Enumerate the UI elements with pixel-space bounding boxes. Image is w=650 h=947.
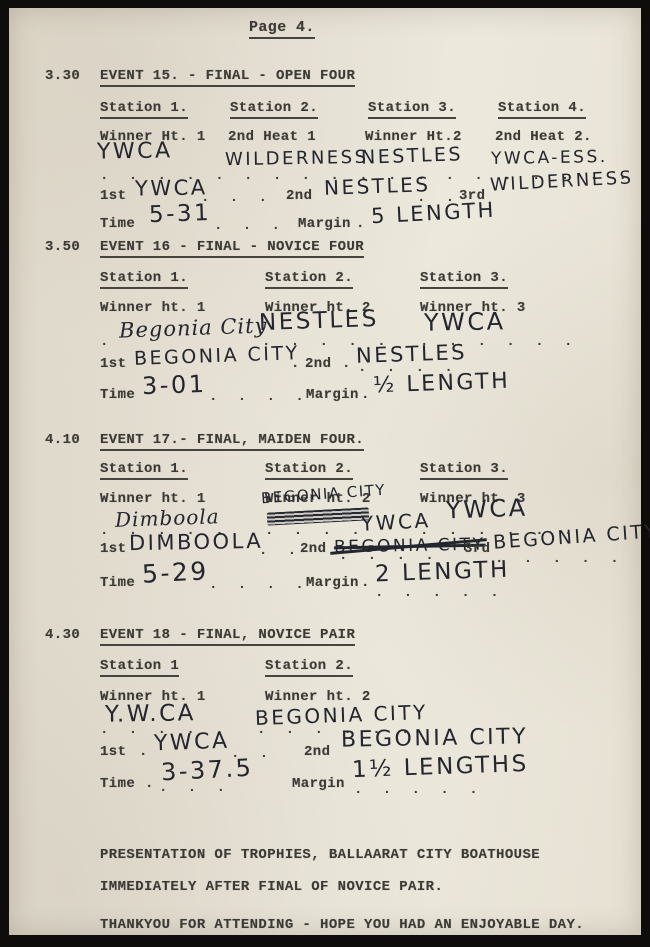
event16-station-3: Station 3.: [420, 270, 508, 289]
event15-winner-station1-handwriting: YWCA: [97, 138, 173, 164]
event18-start-time: 4.30: [45, 627, 80, 643]
event17-time-value: 5-29: [141, 556, 209, 588]
event15-time-value: 5-31: [149, 200, 212, 228]
event15-heat-label-2: 2nd Heat 1: [228, 129, 316, 145]
dotted-line: . . . . . . . . . . . . . . . . . . . . …: [159, 780, 244, 796]
event16-margin-label: Margin: [306, 387, 359, 403]
event16-station-1: Station 1.: [100, 270, 188, 289]
typed-dot: .: [361, 387, 370, 403]
event17-1st-label: 1st: [100, 541, 126, 557]
event17-1st-value: DIMBOOLA: [129, 529, 264, 555]
event15-winner-station3-handwriting: NESTLES: [361, 143, 464, 169]
event17-margin-value: 2 LENGTH: [375, 557, 511, 588]
event18-margin-value: 1½ LENGTHS: [352, 751, 530, 783]
dotted-line: . . . . . . . . . . . . . . . . . . . . …: [209, 577, 301, 593]
event17-start-time: 4.10: [45, 432, 80, 448]
event18-winner-station1-handwriting: Y.W.CA: [105, 700, 196, 728]
event17-station-2: Station 2.: [265, 461, 353, 480]
event16-winner-station3-handwriting: YWCA: [424, 307, 506, 336]
typed-dot: .: [361, 575, 370, 591]
event16-time-label: Time: [100, 387, 135, 403]
event18-time-label: Time: [100, 776, 135, 792]
event15-heat-label-4: 2nd Heat 2.: [495, 129, 592, 145]
event15-winner-station4-handwriting: YWCA-ESS.: [491, 147, 608, 169]
page-title: Page 4.: [249, 19, 315, 39]
event16-2nd-label: 2nd: [305, 356, 331, 372]
event17-time-label: Time: [100, 575, 135, 591]
event16-winner-station2-handwriting: NESTLES: [259, 306, 380, 336]
event15-margin-label: Margin: [298, 216, 351, 232]
event16-1st-label: 1st: [100, 356, 126, 372]
event17-2nd-label: 2nd: [300, 541, 326, 557]
event18-station-1: Station 1: [100, 658, 179, 677]
event15-winner-station2-handwriting: WILDERNESS: [225, 147, 369, 171]
footer-presentation-line-1: PRESENTATION OF TROPHIES, BALLAARAT CITY…: [100, 847, 540, 863]
event18-1st-value: YWCA: [154, 729, 230, 757]
typed-dot: .: [145, 776, 154, 792]
event17-station-3: Station 3.: [420, 461, 508, 480]
event16-winner-station1-handwriting: Begonia City: [119, 313, 268, 342]
event16-station-2: Station 2.: [265, 270, 353, 289]
event15-1st-value: YWCA: [135, 175, 208, 200]
event18-margin-label: Margin: [292, 776, 345, 792]
event15-heat-label-3: Winner Ht.2: [365, 129, 462, 145]
event18-title: EVENT 18 - FINAL, NOVICE PAIR: [100, 627, 355, 646]
typed-dot: .: [342, 356, 351, 372]
event15-station-2: Station 2.: [230, 100, 318, 119]
event16-1st-value: BEGONIA CITY: [134, 342, 300, 370]
paper-sheet: Page 4. 3.30 EVENT 15. - FINAL - OPEN FO…: [9, 8, 641, 935]
dotted-line: . . . . . . . . . . . . . . . . . . . . …: [259, 543, 297, 559]
event15-1st-label: 1st: [100, 188, 126, 204]
event15-station-3: Station 3.: [368, 100, 456, 119]
event16-heat-label-1: Winner ht. 1: [100, 300, 206, 316]
dotted-line: . . . . . . . . . . . . . . . . . . . . …: [201, 190, 283, 206]
event15-2nd-value: NESTLES: [324, 172, 431, 200]
typed-dot: .: [139, 744, 148, 760]
event17-winner-station1-handwriting: Dimboola: [115, 504, 220, 532]
event17-title: EVENT 17.- FINAL, MAIDEN FOUR.: [100, 432, 364, 451]
event15-time-label: Time: [100, 216, 135, 232]
event17-winner-station3-handwriting: YWCA: [446, 494, 529, 525]
event18-2nd-value: BEGONIA CITY: [341, 724, 528, 752]
event18-station-2: Station 2.: [265, 658, 353, 677]
event17-margin-label: Margin: [306, 575, 359, 591]
event17-2nd-corrected-value: YWCA: [360, 508, 431, 536]
event16-margin-value: ½ LENGTH: [373, 369, 511, 399]
event15-station-4: Station 4.: [498, 100, 586, 119]
dotted-line: . . . . . . . . . . . . . . . . . . . . …: [375, 585, 515, 601]
event18-1st-label: 1st: [100, 744, 126, 760]
event15-title: EVENT 15. - FINAL - OPEN FOUR: [100, 68, 355, 87]
event16-time-value: 3-01: [142, 370, 207, 400]
dotted-line: . . . . . . . . . . . . . . . . . . . . …: [209, 389, 304, 405]
dotted-line: . . . . . . . . . . . . . . . . . . . . …: [354, 782, 494, 798]
dotted-line: . . . . . . . . . . . . . . . . . . . . …: [495, 551, 630, 567]
event15-2nd-label: 2nd: [286, 188, 312, 204]
dotted-line: . . . . . . . . . . . . . . . . . . . . …: [214, 218, 294, 234]
event15-start-time: 3.30: [45, 68, 80, 84]
footer-presentation-line-2: IMMEDIATELY AFTER FINAL OF NOVICE PAIR.: [100, 879, 443, 895]
event18-2nd-label: 2nd: [304, 744, 330, 760]
event17-3rd-label: 3rd: [464, 541, 490, 557]
event16-title: EVENT 16 - FINAL - NOVICE FOUR: [100, 239, 364, 258]
typed-dot: .: [356, 216, 365, 232]
dotted-line: . . . . . . . . . . . . . . . . . . . . …: [100, 334, 118, 350]
scanned-regatta-program-page: Page 4. 3.30 EVENT 15. - FINAL - OPEN FO…: [0, 0, 650, 947]
event17-station-1: Station 1.: [100, 461, 188, 480]
event16-start-time: 3.50: [45, 239, 80, 255]
event15-station-1: Station 1.: [100, 100, 188, 119]
typed-dot: .: [291, 356, 300, 372]
event15-margin-value: 5 LENGTH: [370, 198, 496, 229]
footer-thankyou-line: THANKYOU FOR ATTENDING - HOPE YOU HAD AN…: [100, 917, 584, 933]
